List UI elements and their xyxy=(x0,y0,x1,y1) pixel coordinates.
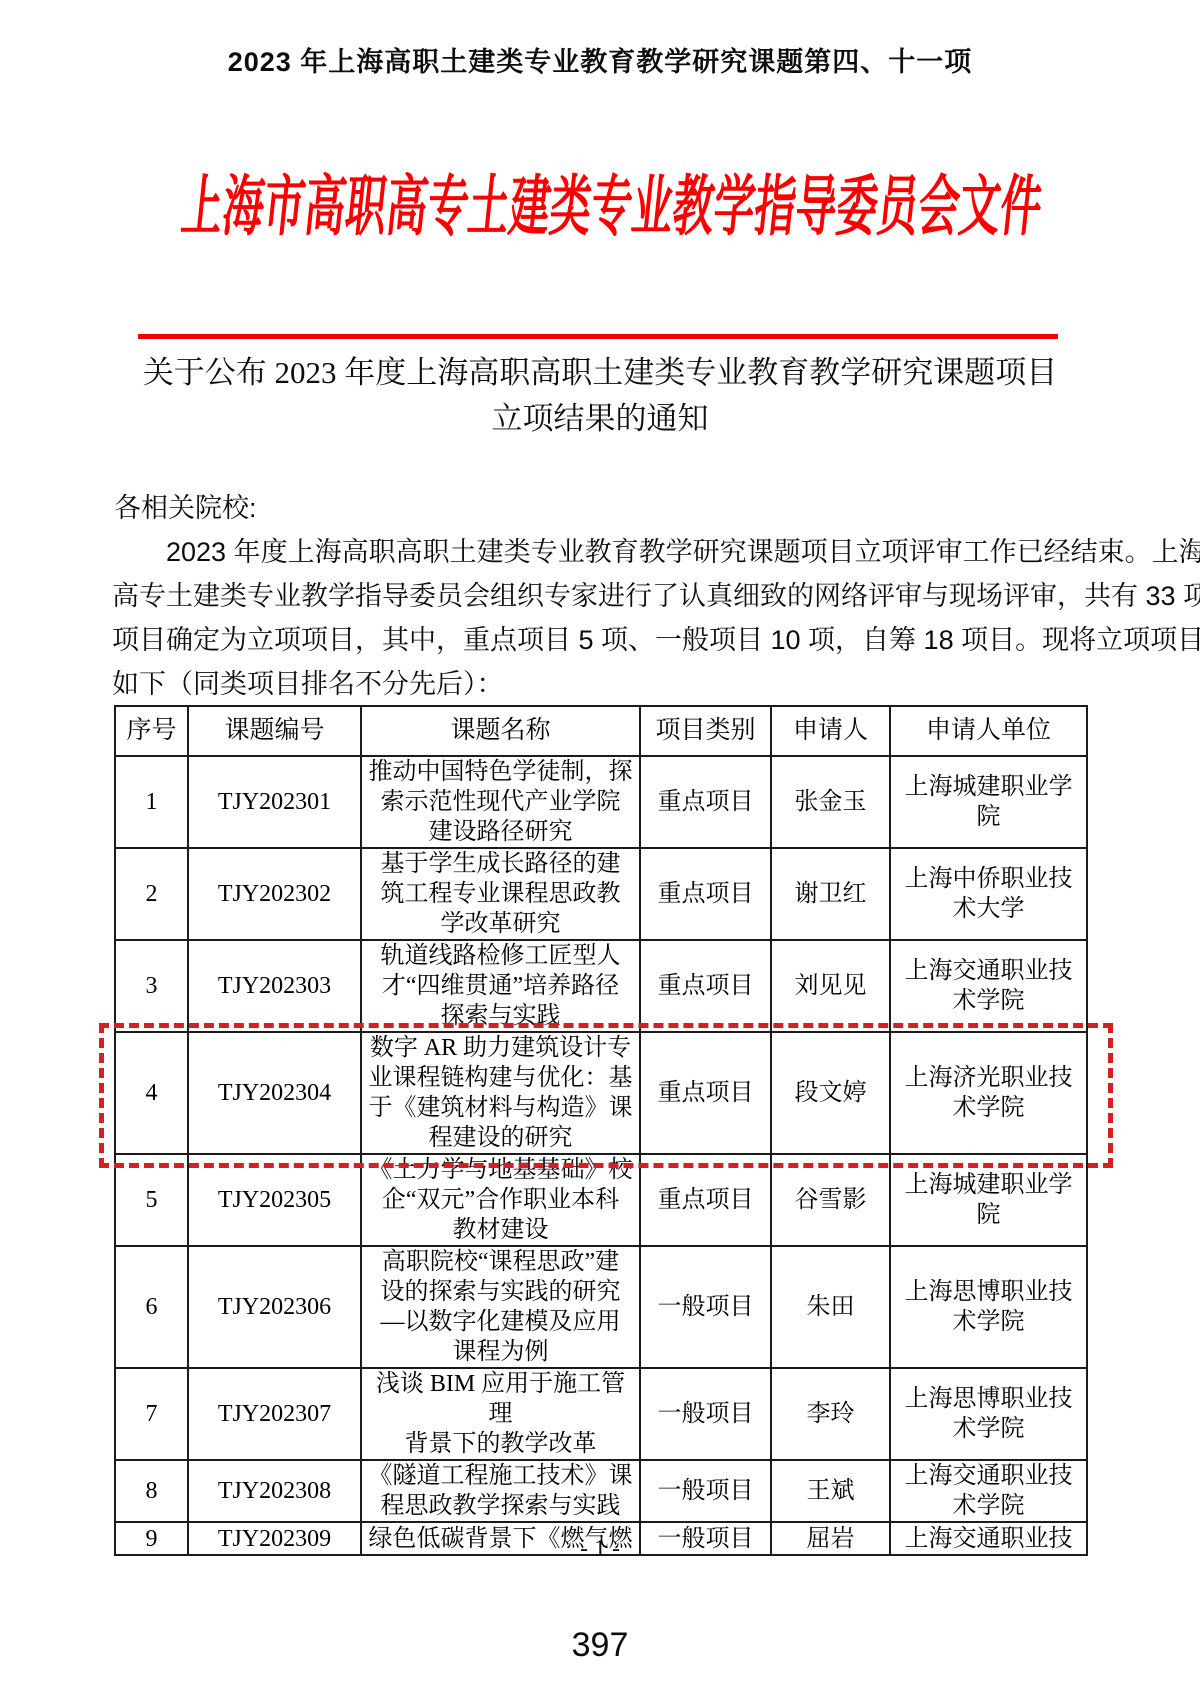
table-header-applicant: 申请人 xyxy=(771,706,890,756)
cell-title: 轨道线路检修工匠型人 才“四维贯通”培养路径 探索与实践 xyxy=(361,940,640,1032)
table-header-row: 序号 课题编号 课题名称 项目类别 申请人 申请人单位 xyxy=(115,706,1087,756)
table-header-unit: 申请人单位 xyxy=(890,706,1087,756)
cell-index: 4 xyxy=(115,1032,188,1154)
cell-type: 一般项目 xyxy=(640,1460,771,1522)
table-row: 2TJY202302基于学生成长路径的建 筑工程专业课程思政教 学改革研究重点项… xyxy=(115,848,1087,940)
document-page: 2023 年上海高职土建类专业教育教学研究课题第四、十一项 上海市高职高专土建类… xyxy=(0,0,1200,1683)
cell-unit: 上海思博职业技 术学院 xyxy=(890,1246,1087,1368)
paragraph-line: 2023 年度上海高职高职土建类专业教育教学研究课题项目立项评审工作已经结束。上… xyxy=(112,530,1090,574)
cell-index: 7 xyxy=(115,1368,188,1460)
cell-unit: 上海交通职业技 术学院 xyxy=(890,940,1087,1032)
cell-applicant: 张金玉 xyxy=(771,756,890,848)
cell-applicant: 段文婷 xyxy=(771,1032,890,1154)
projects-table: 序号 课题编号 课题名称 项目类别 申请人 申请人单位 1TJY202301推动… xyxy=(114,705,1088,1556)
paragraph-line: 项目确定为立项项目，其中，重点项目 5 项、一般项目 10 项，自筹 18 项目… xyxy=(112,618,1090,662)
cell-code: TJY202302 xyxy=(188,848,361,940)
cell-index: 8 xyxy=(115,1460,188,1522)
cell-code: TJY202307 xyxy=(188,1368,361,1460)
cell-unit: 上海城建职业学 院 xyxy=(890,756,1087,848)
salutation: 各相关院校: xyxy=(114,486,257,525)
table-row: 7TJY202307浅谈 BIM 应用于施工管理 背景下的教学改革一般项目李玲上… xyxy=(115,1368,1087,1460)
table-header-type: 项目类别 xyxy=(640,706,771,756)
red-divider-line xyxy=(138,334,1058,339)
cell-code: TJY202303 xyxy=(188,940,361,1032)
table-header-code: 课题编号 xyxy=(188,706,361,756)
paragraph-line: 高专土建类专业教学指导委员会组织专家进行了认真细致的网络评审与现场评审，共有 3… xyxy=(112,574,1090,618)
cell-type: 重点项目 xyxy=(640,848,771,940)
cell-type: 重点项目 xyxy=(640,1154,771,1246)
cell-code: TJY202308 xyxy=(188,1460,361,1522)
sheet-number: 397 xyxy=(0,1626,1200,1665)
cell-index: 6 xyxy=(115,1246,188,1368)
cell-title: 推动中国特色学徒制，探 索示范性现代产业学院 建设路径研究 xyxy=(361,756,640,848)
table-header-title: 课题名称 xyxy=(361,706,640,756)
cell-applicant: 李玲 xyxy=(771,1368,890,1460)
cell-applicant: 王斌 xyxy=(771,1460,890,1522)
table-row: 1TJY202301推动中国特色学徒制，探 索示范性现代产业学院 建设路径研究重… xyxy=(115,756,1087,848)
cell-title: 《隧道工程施工技术》课 程思政教学探索与实践 xyxy=(361,1460,640,1522)
cell-index: 2 xyxy=(115,848,188,940)
cell-type: 一般项目 xyxy=(640,1246,771,1368)
cell-type: 重点项目 xyxy=(640,940,771,1032)
table-row: 3TJY202303轨道线路检修工匠型人 才“四维贯通”培养路径 探索与实践重点… xyxy=(115,940,1087,1032)
cell-type: 重点项目 xyxy=(640,756,771,848)
cell-applicant: 刘见见 xyxy=(771,940,890,1032)
notice-title: 关于公布 2023 年度上海高职高职土建类专业教育教学研究课题项目 立项结果的通… xyxy=(114,350,1086,442)
cell-applicant: 谢卫红 xyxy=(771,848,890,940)
table-row: 5TJY202305《土力学与地基基础》校 企“双元”合作职业本科 教材建设重点… xyxy=(115,1154,1087,1246)
cell-applicant: 谷雪影 xyxy=(771,1154,890,1246)
table-row: 6TJY202306高职院校“课程思政”建 设的探索与实践的研究 —以数字化建模… xyxy=(115,1246,1087,1368)
cell-code: TJY202301 xyxy=(188,756,361,848)
table-header-index: 序号 xyxy=(115,706,188,756)
cell-unit: 上海城建职业学 院 xyxy=(890,1154,1087,1246)
cell-title: 数字 AR 助力建筑设计专 业课程链构建与优化：基 于《建筑材料与构造》课 程建… xyxy=(361,1032,640,1154)
document-red-title: 上海市高职高专土建类专业教学指导委员会文件 xyxy=(177,158,932,258)
notice-title-line1: 关于公布 2023 年度上海高职高职土建类专业教育教学研究课题项目 xyxy=(114,350,1086,396)
cell-index: 3 xyxy=(115,940,188,1032)
cell-unit: 上海思博职业技 术学院 xyxy=(890,1368,1087,1460)
cell-code: TJY202306 xyxy=(188,1246,361,1368)
cell-applicant: 朱田 xyxy=(771,1246,890,1368)
cell-title: 基于学生成长路径的建 筑工程专业课程思政教 学改革研究 xyxy=(361,848,640,940)
body-paragraph: 2023 年度上海高职高职土建类专业教育教学研究课题项目立项评审工作已经结束。上… xyxy=(112,530,1090,706)
notice-title-line2: 立项结果的通知 xyxy=(114,396,1086,442)
cell-code: TJY202304 xyxy=(188,1032,361,1154)
table-row: 4TJY202304数字 AR 助力建筑设计专 业课程链构建与优化：基 于《建筑… xyxy=(115,1032,1087,1154)
cell-unit: 上海中侨职业技 术大学 xyxy=(890,848,1087,940)
cell-title: 高职院校“课程思政”建 设的探索与实践的研究 —以数字化建模及应用 课程为例 xyxy=(361,1246,640,1368)
header-note: 2023 年上海高职土建类专业教育教学研究课题第四、十一项 xyxy=(0,40,1200,79)
page-number: - 1 - xyxy=(0,1536,1200,1563)
cell-type: 一般项目 xyxy=(640,1368,771,1460)
table-row: 8TJY202308《隧道工程施工技术》课 程思政教学探索与实践一般项目王斌上海… xyxy=(115,1460,1087,1522)
cell-index: 5 xyxy=(115,1154,188,1246)
cell-title: 《土力学与地基基础》校 企“双元”合作职业本科 教材建设 xyxy=(361,1154,640,1246)
cell-title: 浅谈 BIM 应用于施工管理 背景下的教学改革 xyxy=(361,1368,640,1460)
paragraph-line: 如下（同类项目排名不分先后）： xyxy=(112,662,1090,706)
cell-type: 重点项目 xyxy=(640,1032,771,1154)
cell-unit: 上海交通职业技 术学院 xyxy=(890,1460,1087,1522)
cell-unit: 上海济光职业技 术学院 xyxy=(890,1032,1087,1154)
cell-code: TJY202305 xyxy=(188,1154,361,1246)
cell-index: 1 xyxy=(115,756,188,848)
